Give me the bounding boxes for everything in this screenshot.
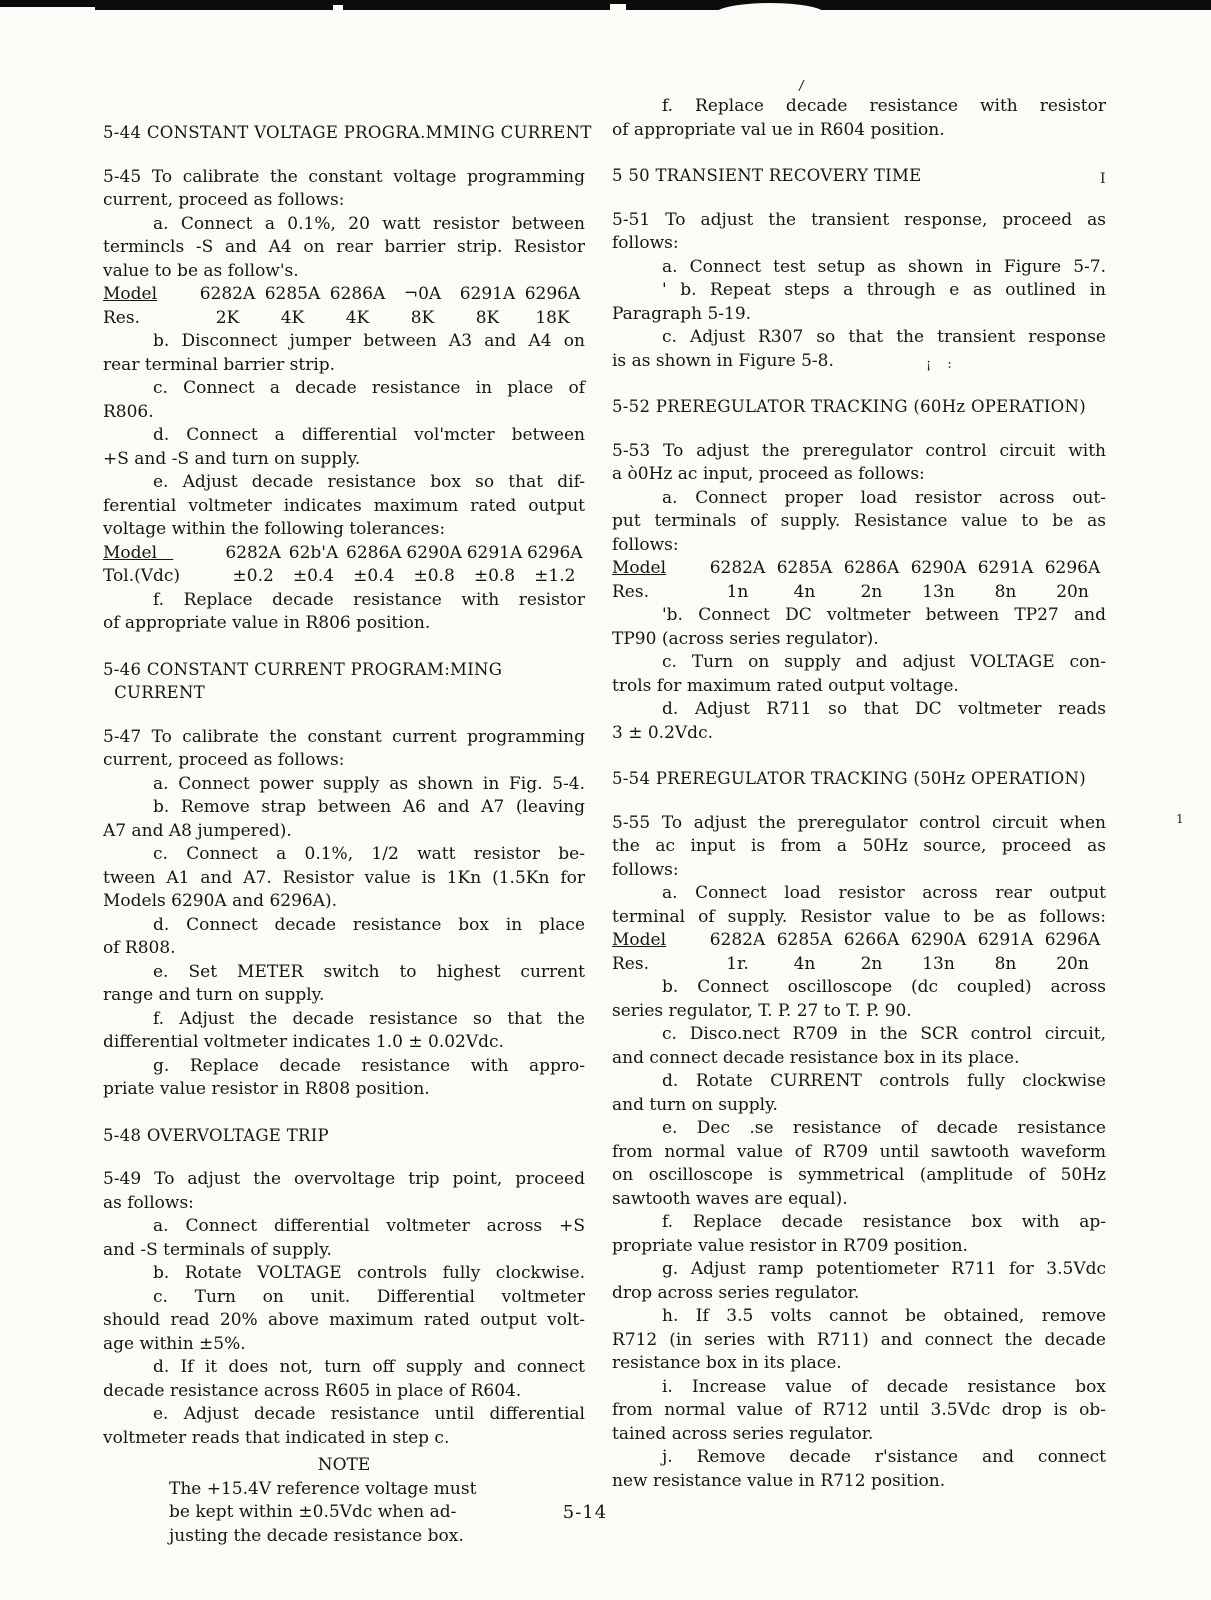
table-cell: 20n: [1039, 953, 1106, 977]
table-cell: 8K: [455, 307, 520, 331]
text-line: termincls -S and A4 on rear barrier stri…: [103, 236, 585, 260]
table-cell: 6290A: [905, 929, 972, 953]
table-cell: 4n: [771, 953, 838, 977]
text-line: e. Set METER switch to highest current: [103, 961, 585, 985]
table-cell: Tol.(Vdc): [103, 565, 223, 589]
text-line: from normal value of R709 until sawtooth…: [612, 1141, 1106, 1165]
text-line: e. Adjust decade resistance until differ…: [103, 1403, 585, 1427]
table-cell: Res.: [612, 953, 704, 977]
table-cell: 4n: [771, 581, 838, 605]
table-cell: 6282A: [223, 542, 283, 566]
text-line: c. Adjust R307 so that the transient res…: [612, 326, 1106, 350]
text-line: c. Connect a 0.1%, 1/2 watt resistor be-: [103, 843, 585, 867]
table-cell: ±0.8: [404, 565, 464, 589]
left-column: 5-44 CONSTANT VOLTAGE PROGRA.MMING CURRE…: [103, 99, 585, 1548]
text-line: propriate value resistor in R709 positio…: [612, 1235, 1106, 1259]
table-cell: 1r.: [704, 953, 771, 977]
table-row: Model6282A6285A6286A¬0A6291A6296A: [103, 283, 585, 307]
text-line: as follows:: [103, 1192, 585, 1216]
text-line: resistance box in its place.: [612, 1352, 1106, 1376]
text-line: A7 and A8 jumpered).: [103, 820, 585, 844]
scan-artifact: 1: [1176, 812, 1184, 826]
text-line: j. Remove decade r'sistance and connect: [612, 1446, 1106, 1470]
text-line: the ac input is from a 50Hz source, proc…: [612, 835, 1106, 859]
text-line: range and turn on supply.: [103, 984, 585, 1008]
table-cell: 6286A: [325, 283, 390, 307]
section-heading: CURRENT: [103, 681, 585, 705]
section-heading-block: 5-46 CONSTANT CURRENT PROGRAM:MING CURRE…: [103, 658, 585, 705]
table-row: Res.2K4K4K8K8K18K: [103, 307, 585, 331]
table-cell: 4K: [325, 307, 390, 331]
table-cell: 6296A: [1039, 557, 1106, 581]
text-line: d. Adjust R711 so that DC voltmeter read…: [612, 698, 1106, 722]
text-line: d. If it does not, turn off supply and c…: [103, 1356, 585, 1380]
text-line: f. Replace decade resistance with resist…: [612, 95, 1106, 119]
text-line: a. Connect differential voltmeter across…: [103, 1215, 585, 1239]
text-line: The +15.4V reference voltage must: [103, 1478, 585, 1502]
section-heading: 5 50 TRANSIENT RECOVERY TIME: [612, 164, 1106, 188]
text-line: R712 (in series with R711) and connect t…: [612, 1329, 1106, 1353]
text-line: f. Replace decade resistance with resist…: [103, 589, 585, 613]
text-line: +S and -S and turn on supply.: [103, 448, 585, 472]
scan-bar-notch: [610, 4, 626, 10]
paragraph: 5-45 To calibrate the constant voltage p…: [103, 166, 585, 284]
manual-page: / I 1 ¡ : 5-44 CONSTANT VOLTAGE PROGRA.M…: [0, 0, 1211, 1600]
table-cell: ¬0A: [390, 283, 455, 307]
text-line: current, proceed as follows:: [103, 189, 585, 213]
scan-edge-bar: [95, 0, 1211, 10]
text-line: f. Replace decade resistance box with ap…: [612, 1211, 1106, 1235]
table-cell: 62b'A: [283, 542, 343, 566]
text-line: should read 20% above maximum rated outp…: [103, 1309, 585, 1333]
text-line: 5-53 To adjust the preregulator control …: [612, 440, 1106, 464]
scan-artifact: /: [798, 79, 805, 94]
table-cell: 8n: [972, 581, 1039, 605]
text-line: of R808.: [103, 937, 585, 961]
text-line: decade resistance across R605 in place o…: [103, 1380, 585, 1404]
section-heading-block: 5-52 PREREGULATOR TRACKING (60Hz OPERATI…: [612, 395, 1106, 419]
text-line: 5-45 To calibrate the constant voltage p…: [103, 166, 585, 190]
table-cell: 6282A: [195, 283, 260, 307]
paragraph: f. Replace decade resistance with resist…: [103, 589, 585, 636]
paragraph: 'b. Connect DC voltmeter between TP27 an…: [612, 604, 1106, 745]
section-heading: 5-54 PREREGULATOR TRACKING (50Hz OPERATI…: [612, 767, 1106, 791]
text-line: 5-55 To adjust the preregulator control …: [612, 812, 1106, 836]
text-line: R806.: [103, 401, 585, 425]
text-line: is as shown in Figure 5-8.: [612, 350, 1106, 374]
text-line: Paragraph 5-19.: [612, 303, 1106, 327]
table-cell: 6291A: [972, 557, 1039, 581]
text-line: f. Adjust the decade resistance so that …: [103, 1008, 585, 1032]
table-cell: 6296A: [1039, 929, 1106, 953]
paragraph: NOTEThe +15.4V reference voltage mustbe …: [103, 1454, 585, 1548]
table-cell: 2K: [195, 307, 260, 331]
table-cell: 6296A: [520, 283, 585, 307]
text-line: new resistance value in R712 position.: [612, 1470, 1106, 1494]
text-line: 5-51 To adjust the transient response, p…: [612, 209, 1106, 233]
text-line: terminal of supply. Resistor value to be…: [612, 906, 1106, 930]
text-line: justing the decade resistance box.: [103, 1525, 585, 1549]
text-line: a. Connect load resistor across rear out…: [612, 882, 1106, 906]
text-line: put terminals of supply. Resistance valu…: [612, 510, 1106, 534]
text-line: a. Connect power supply as shown in Fig.…: [103, 773, 585, 797]
text-line: ' b. Repeat steps a through e as outline…: [612, 279, 1106, 303]
text-line: a. Connect proper load resistor across o…: [612, 487, 1106, 511]
table-row: Res.1r.4n2n13n8n20n: [612, 953, 1106, 977]
table-cell: 6291A: [972, 929, 1039, 953]
text-line: differential voltmeter indicates 1.0 ± 0…: [103, 1031, 585, 1055]
paragraph: 5-49 To adjust the overvoltage trip poin…: [103, 1168, 585, 1450]
text-line: series regulator, T. P. 27 to T. P. 90.: [612, 1000, 1106, 1024]
section-heading-block: 5-54 PREREGULATOR TRACKING (50Hz OPERATI…: [612, 767, 1106, 791]
paragraph: b. Disconnect jumper between A3 and A4 o…: [103, 330, 585, 542]
text-line: follows:: [612, 859, 1106, 883]
table-cell: 8K: [390, 307, 455, 331]
table-cell: 2n: [838, 953, 905, 977]
table-cell: 13n: [905, 581, 972, 605]
section-heading: 5-52 PREREGULATOR TRACKING (60Hz OPERATI…: [612, 395, 1106, 419]
text-line: current, proceed as follows:: [103, 749, 585, 773]
table-row: Tol.(Vdc)±0.2±0.4±0.4±0.8±0.8±1.2: [103, 565, 585, 589]
model-table: Model 6282A62b'A6286A6290A6291A6296ATol.…: [103, 542, 585, 589]
table-cell: 6282A: [704, 557, 771, 581]
table-cell: 6286A: [344, 542, 404, 566]
page-number: 5-14: [455, 1502, 715, 1523]
text-line: c. Turn on supply and adjust VOLTAGE con…: [612, 651, 1106, 675]
table-cell: Model: [612, 557, 704, 581]
text-line: 5-47 To calibrate the constant current p…: [103, 726, 585, 750]
table-cell: 6291A: [464, 542, 524, 566]
paragraph: 5-47 To calibrate the constant current p…: [103, 726, 585, 1102]
text-line: voltmeter reads that indicated in step c…: [103, 1427, 585, 1451]
text-line: a. Connect test setup as shown in Figure…: [612, 256, 1106, 280]
text-line: from normal value of R712 until 3.5Vdc d…: [612, 1399, 1106, 1423]
text-line: 3 ± 0.2Vdc.: [612, 722, 1106, 746]
table-cell: 6296A: [525, 542, 585, 566]
table-cell: 6291A: [455, 283, 520, 307]
table-cell: ±0.4: [344, 565, 404, 589]
text-line: d. Connect decade resistance box in plac…: [103, 914, 585, 938]
table-cell: 20n: [1039, 581, 1106, 605]
table-row: Res.1n4n2n13n8n20n: [612, 581, 1106, 605]
table-cell: ±0.8: [464, 565, 524, 589]
text-line: of appropriate val ue in R604 position.: [612, 119, 1106, 143]
text-line: TP90 (across series regulator).: [612, 628, 1106, 652]
text-line: b. Disconnect jumper between A3 and A4 o…: [103, 330, 585, 354]
table-cell: 18K: [520, 307, 585, 331]
table-cell: 6285A: [771, 929, 838, 953]
text-line: ferential voltmeter indicates maximum ra…: [103, 495, 585, 519]
section-heading: 5-48 OVERVOLTAGE TRIP: [103, 1124, 585, 1148]
text-line: on oscilloscope is symmetrical (amplitud…: [612, 1164, 1106, 1188]
right-column: f. Replace decade resistance with resist…: [612, 95, 1106, 1493]
scan-edge-bar-tail: [0, 0, 95, 7]
table-cell: Model: [612, 929, 704, 953]
text-line: b. Connect oscilloscope (dc coupled) acr…: [612, 976, 1106, 1000]
scan-bar-notch: [715, 3, 825, 14]
text-line: 5-49 To adjust the overvoltage trip poin…: [103, 1168, 585, 1192]
model-table: Model6282A6285A6286A6290A6291A6296ARes.1…: [612, 557, 1106, 604]
text-line: trols for maximum rated output voltage.: [612, 675, 1106, 699]
paragraph: f. Replace decade resistance with resist…: [612, 95, 1106, 142]
text-line: a ò0Hz ac input, proceed as follows:: [612, 463, 1106, 487]
paragraph: b. Connect oscilloscope (dc coupled) acr…: [612, 976, 1106, 1493]
table-cell: 4K: [260, 307, 325, 331]
table-cell: Model: [103, 283, 195, 307]
text-line: 'b. Connect DC voltmeter between TP27 an…: [612, 604, 1106, 628]
text-line: e. Dec .se resistance of decade resistan…: [612, 1117, 1106, 1141]
text-line: of appropriate value in R806 position.: [103, 612, 585, 636]
text-line: sawtooth waves are equal).: [612, 1188, 1106, 1212]
text-line: e. Adjust decade resistance box so that …: [103, 471, 585, 495]
table-row: Model6282A6285A6286A6290A6291A6296A: [612, 557, 1106, 581]
section-heading-block: 5-44 CONSTANT VOLTAGE PROGRA.MMING CURRE…: [103, 121, 585, 145]
table-cell: 6282A: [704, 929, 771, 953]
text-line: and -S terminals of supply.: [103, 1239, 585, 1263]
table-cell: Model: [103, 542, 223, 566]
table-cell: 6286A: [838, 557, 905, 581]
table-row: Model6282A6285A6266A6290A6291A6296A: [612, 929, 1106, 953]
paragraph: 5-53 To adjust the preregulator control …: [612, 440, 1106, 558]
table-cell: Res.: [612, 581, 704, 605]
table-cell: 1n: [704, 581, 771, 605]
text-line: NOTE: [103, 1454, 585, 1478]
table-cell: 6285A: [260, 283, 325, 307]
table-cell: 6290A: [404, 542, 464, 566]
table-row: Model 6282A62b'A6286A6290A6291A6296A: [103, 542, 585, 566]
text-line: b. Remove strap between A6 and A7 (leavi…: [103, 796, 585, 820]
text-line: value to be as follow's.: [103, 260, 585, 284]
text-line: follows:: [612, 534, 1106, 558]
section-heading: 5-44 CONSTANT VOLTAGE PROGRA.MMING CURRE…: [103, 121, 585, 145]
text-line: a. Connect a 0.1%, 20 watt resistor betw…: [103, 213, 585, 237]
text-line: h. If 3.5 volts cannot be obtained, remo…: [612, 1305, 1106, 1329]
table-cell: 6285A: [771, 557, 838, 581]
text-line: drop across series regulator.: [612, 1282, 1106, 1306]
paragraph: 5-55 To adjust the preregulator control …: [612, 812, 1106, 930]
text-line: voltage within the following tolerances:: [103, 518, 585, 542]
model-table: Model6282A6285A6286A¬0A6291A6296ARes.2K4…: [103, 283, 585, 330]
text-line: d. Rotate CURRENT controls fully clockwi…: [612, 1070, 1106, 1094]
text-line: Models 6290A and 6296A).: [103, 890, 585, 914]
table-cell: 6290A: [905, 557, 972, 581]
text-line: tween A1 and A7. Resistor value is 1Kn (…: [103, 867, 585, 891]
table-cell: ±0.4: [283, 565, 343, 589]
text-line: tained across series regulator.: [612, 1423, 1106, 1447]
text-line: and turn on supply.: [612, 1094, 1106, 1118]
text-line: priate value resistor in R808 position.: [103, 1078, 585, 1102]
section-heading-block: 5 50 TRANSIENT RECOVERY TIME: [612, 164, 1106, 188]
text-line: c. Connect a decade resistance in place …: [103, 377, 585, 401]
table-cell: Res.: [103, 307, 195, 331]
text-line: and connect decade resistance box in its…: [612, 1047, 1106, 1071]
text-line: i. Increase value of decade resistance b…: [612, 1376, 1106, 1400]
table-cell: ±0.2: [223, 565, 283, 589]
scan-bar-notch: [333, 5, 343, 10]
text-line: g. Replace decade resistance with appro-: [103, 1055, 585, 1079]
section-heading: 5-46 CONSTANT CURRENT PROGRAM:MING: [103, 658, 585, 682]
text-line: c. Turn on unit. Differential voltmeter: [103, 1286, 585, 1310]
text-line: age within ±5%.: [103, 1333, 585, 1357]
text-line: d. Connect a differential vol'mcter betw…: [103, 424, 585, 448]
table-cell: 2n: [838, 581, 905, 605]
text-line: g. Adjust ramp potentiometer R711 for 3.…: [612, 1258, 1106, 1282]
text-line: c. Disco.nect R709 in the SCR control ci…: [612, 1023, 1106, 1047]
section-heading-block: 5-48 OVERVOLTAGE TRIP: [103, 1124, 585, 1148]
table-cell: 8n: [972, 953, 1039, 977]
table-cell: ±1.2: [525, 565, 585, 589]
model-table: Model6282A6285A6266A6290A6291A6296ARes.1…: [612, 929, 1106, 976]
table-cell: 13n: [905, 953, 972, 977]
table-cell: 6266A: [838, 929, 905, 953]
text-line: follows:: [612, 232, 1106, 256]
text-line: b. Rotate VOLTAGE controls fully clockwi…: [103, 1262, 585, 1286]
text-line: rear terminal barrier strip.: [103, 354, 585, 378]
paragraph: 5-51 To adjust the transient response, p…: [612, 209, 1106, 374]
